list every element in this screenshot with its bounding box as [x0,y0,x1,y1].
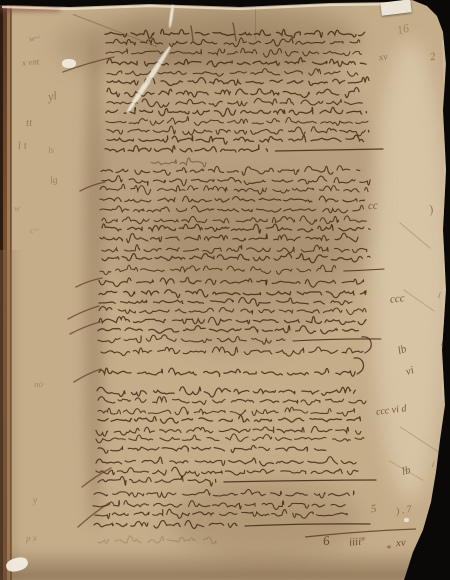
left-margin-annotation: p x [26,534,37,544]
right-margin-annotation: i [443,358,447,367]
right-margin-annotation: i [431,460,435,469]
left-margin-annotation: l t [18,141,28,153]
right-margin-annotation: ccc [389,293,405,305]
top-right-annotation: 2 [429,52,437,64]
margin-ink-stroke [70,322,100,334]
top-right-annotation: xv [378,52,388,63]
margin-ink-stroke [68,306,99,319]
bottom-total-annotation: * [386,545,391,555]
left-margin-annotation: w [14,204,21,213]
bottom-total-annotation: 3 [423,539,430,550]
left-margin-annotation: ls [48,146,55,156]
right-margin-annotation: i [440,339,444,348]
manuscript-paragraph [98,541,256,565]
manuscript-page: xv2w~x vntylttl tlslgwc~noyp xcc)cccilbi… [0,0,450,580]
left-margin-annotation: y [32,496,38,507]
right-margin-annotation: 5 [370,504,377,516]
left-margin-annotation: yl [47,89,58,102]
manuscript-text-line [101,341,411,363]
bottom-total-annotation: 6 [322,534,330,548]
left-margin-annotation: c~ [30,226,39,236]
damage-dot-right-2 [408,566,414,571]
left-margin-annotation: lg [49,176,58,187]
right-margin-annotation: vi [405,365,416,378]
right-margin-annotation: i [437,291,441,300]
left-margin-annotation: no [34,380,44,390]
crease-right-3 [400,426,442,454]
bottom-total-annotation: iiiiº [349,536,365,548]
right-margin-annotation: lb [401,465,412,478]
left-margin-annotation: x vnt [22,57,40,67]
damage-chip-left [62,59,76,68]
manuscript-photo: xv2w~x vntylttl tlslgwc~noyp xcc)cccilbi… [0,0,450,580]
right-margin-annotation: ) . 7 [395,505,412,518]
damage-dot-right-1 [404,518,409,522]
bottom-total-annotation: xv [395,538,406,550]
right-margin-annotation: ) [428,203,435,216]
right-margin-annotation: cc [368,201,379,213]
manuscript-text-line [98,530,256,552]
folio-number: 16 [395,21,410,38]
left-margin-annotation: w~ [28,33,40,43]
underpage-edges [0,250,22,580]
left-margin-annotation: tt [25,118,32,130]
